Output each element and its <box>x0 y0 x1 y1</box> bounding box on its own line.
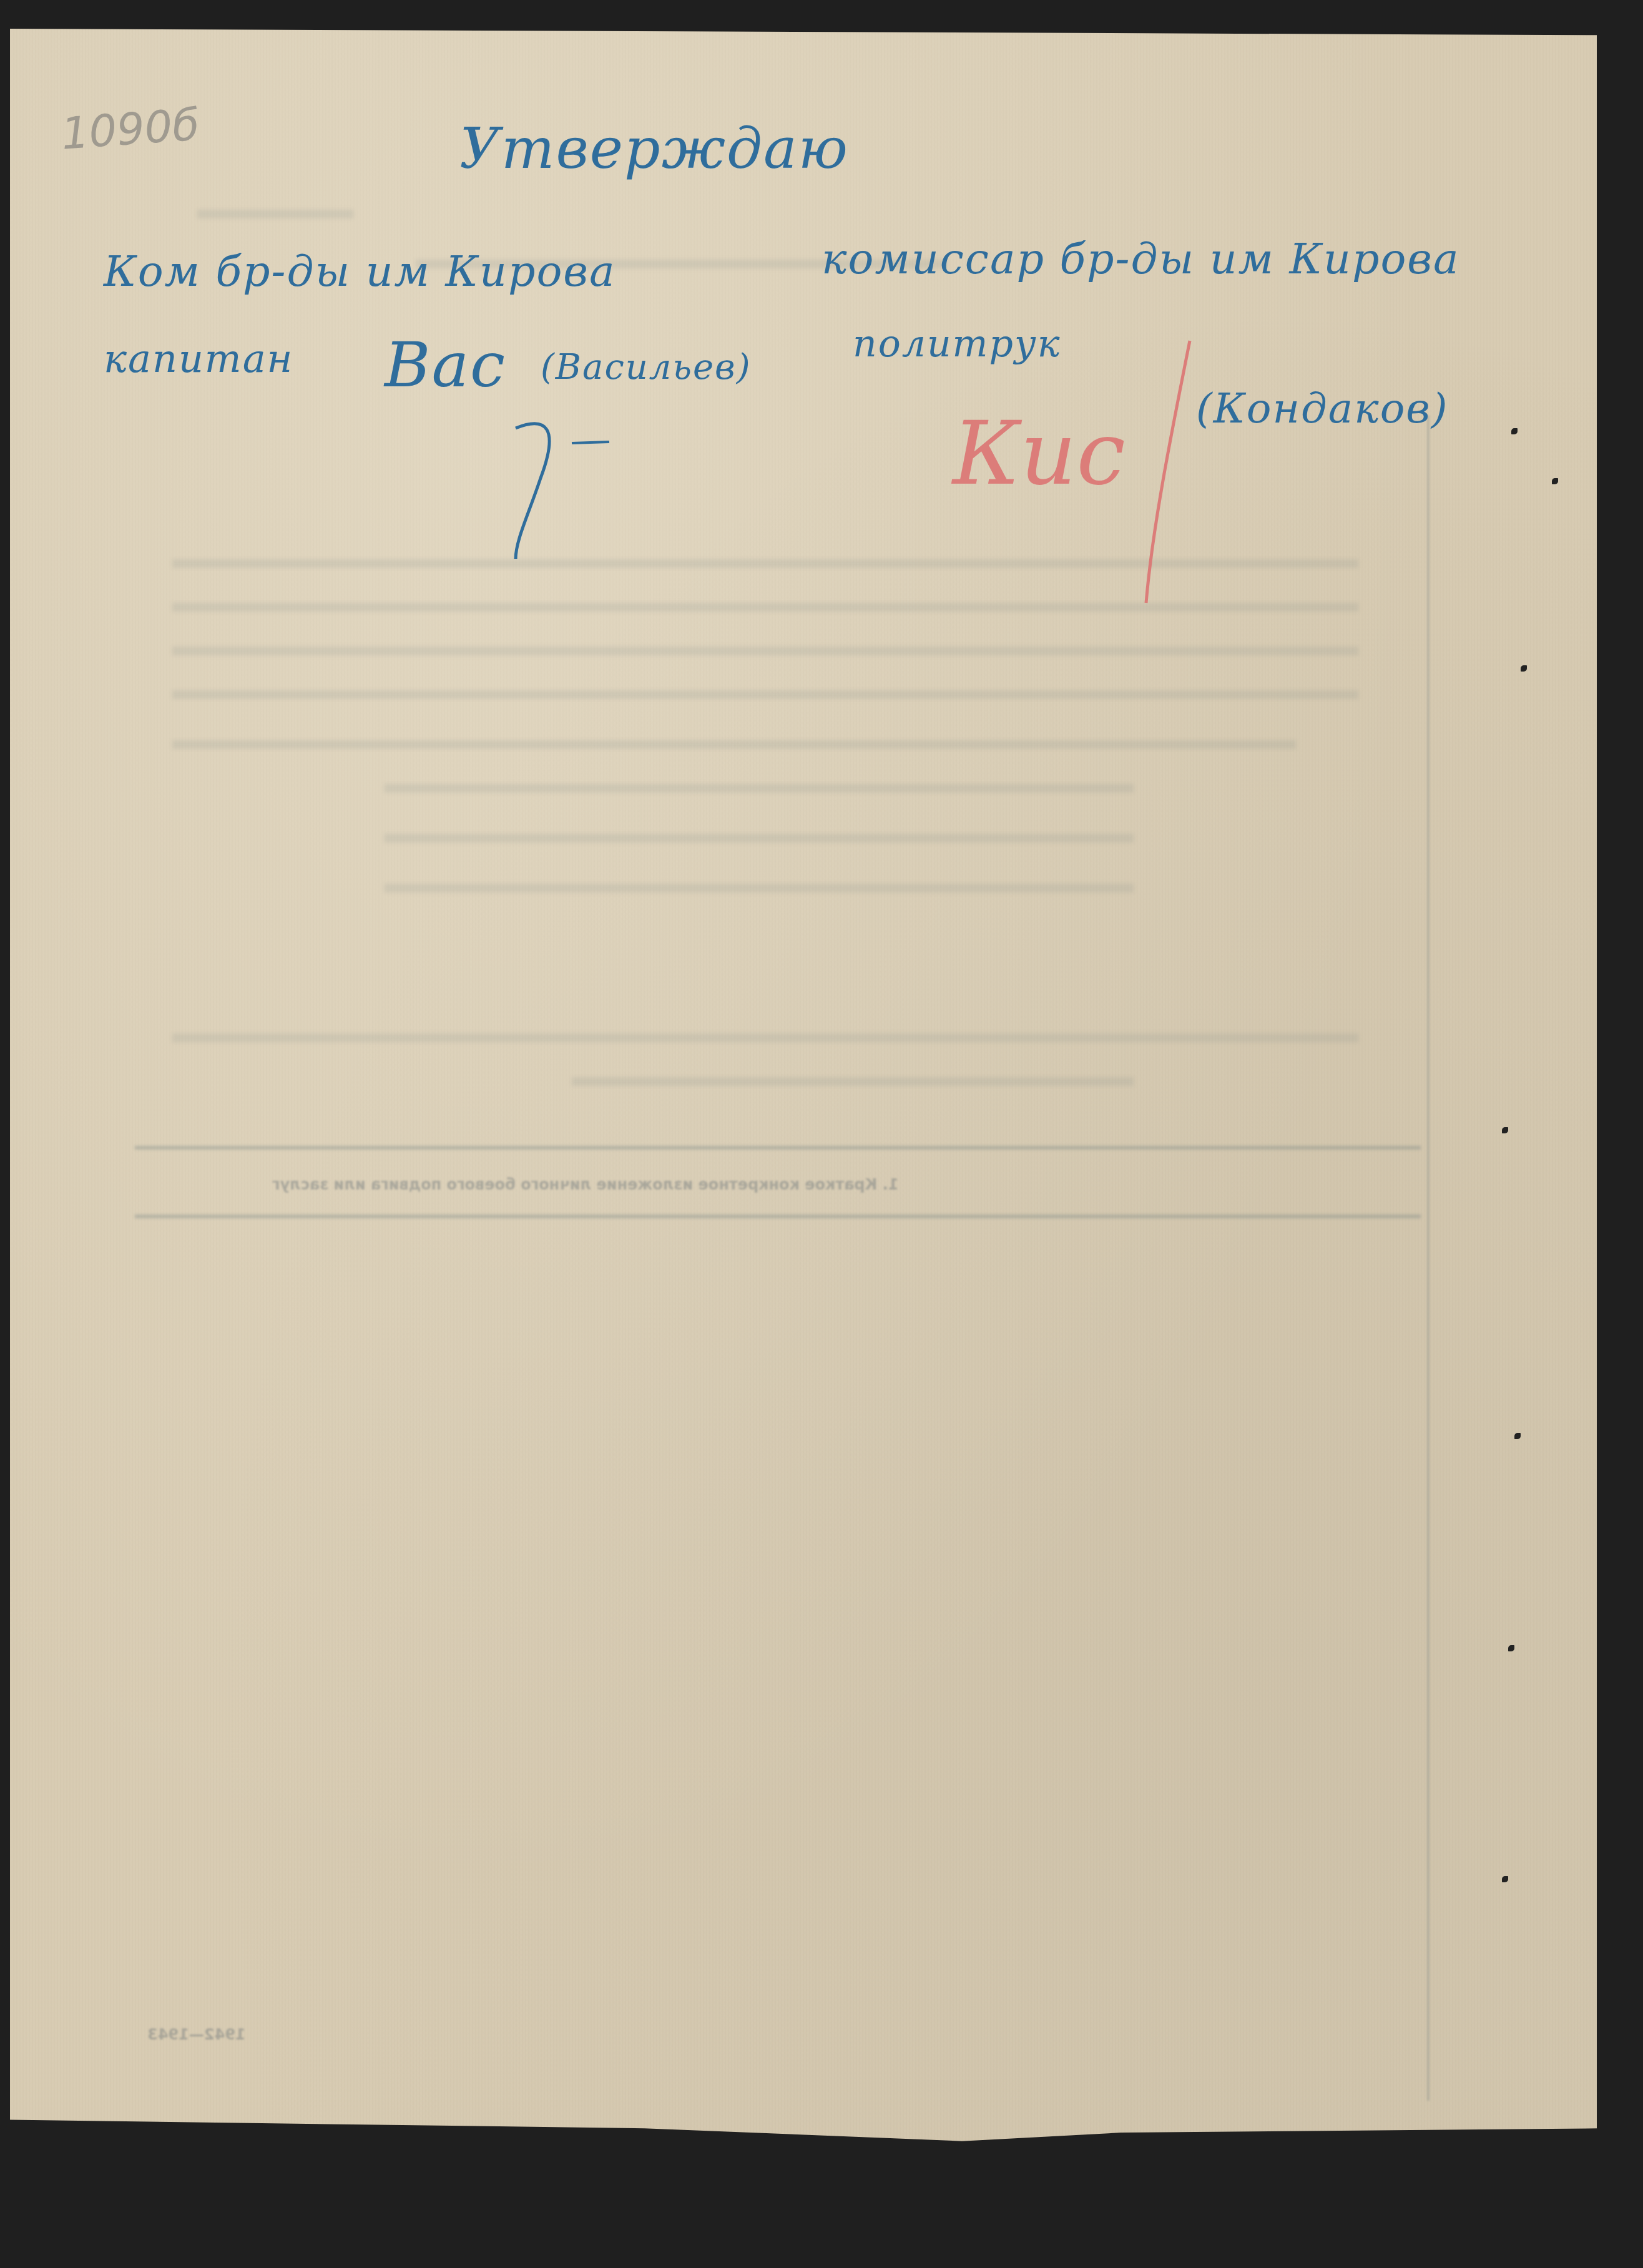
bleed-row <box>385 884 1134 892</box>
bleed-rule-bottom <box>135 1215 1421 1218</box>
bleed-footer-code: 1942—1943 <box>147 2026 246 2043</box>
punch-hole <box>1521 665 1527 672</box>
bleed-row <box>385 834 1134 843</box>
punch-hole <box>1552 478 1558 484</box>
bleed-rule-top <box>135 1146 1421 1150</box>
bleed-row <box>172 740 1296 749</box>
punch-hole <box>1502 1876 1508 1882</box>
commissar-name: (Кондаков) <box>1196 384 1449 433</box>
bleed-section-caption: 1. Краткое конкретное изложение личного … <box>272 1176 898 1193</box>
bleed-right-margin-line <box>1427 416 1430 2101</box>
document-sheet: 1. Краткое конкретное изложение личного … <box>10 29 1597 2158</box>
bleed-row <box>385 784 1134 793</box>
bleed-row <box>172 1034 1358 1042</box>
punch-hole <box>1511 428 1518 434</box>
red-signature-stroke <box>10 29 1597 653</box>
punch-hole <box>1502 1127 1508 1133</box>
punch-hole <box>1514 1433 1521 1439</box>
bleed-row <box>572 1077 1134 1086</box>
punch-hole <box>1508 1645 1514 1651</box>
bleed-row <box>172 690 1358 699</box>
